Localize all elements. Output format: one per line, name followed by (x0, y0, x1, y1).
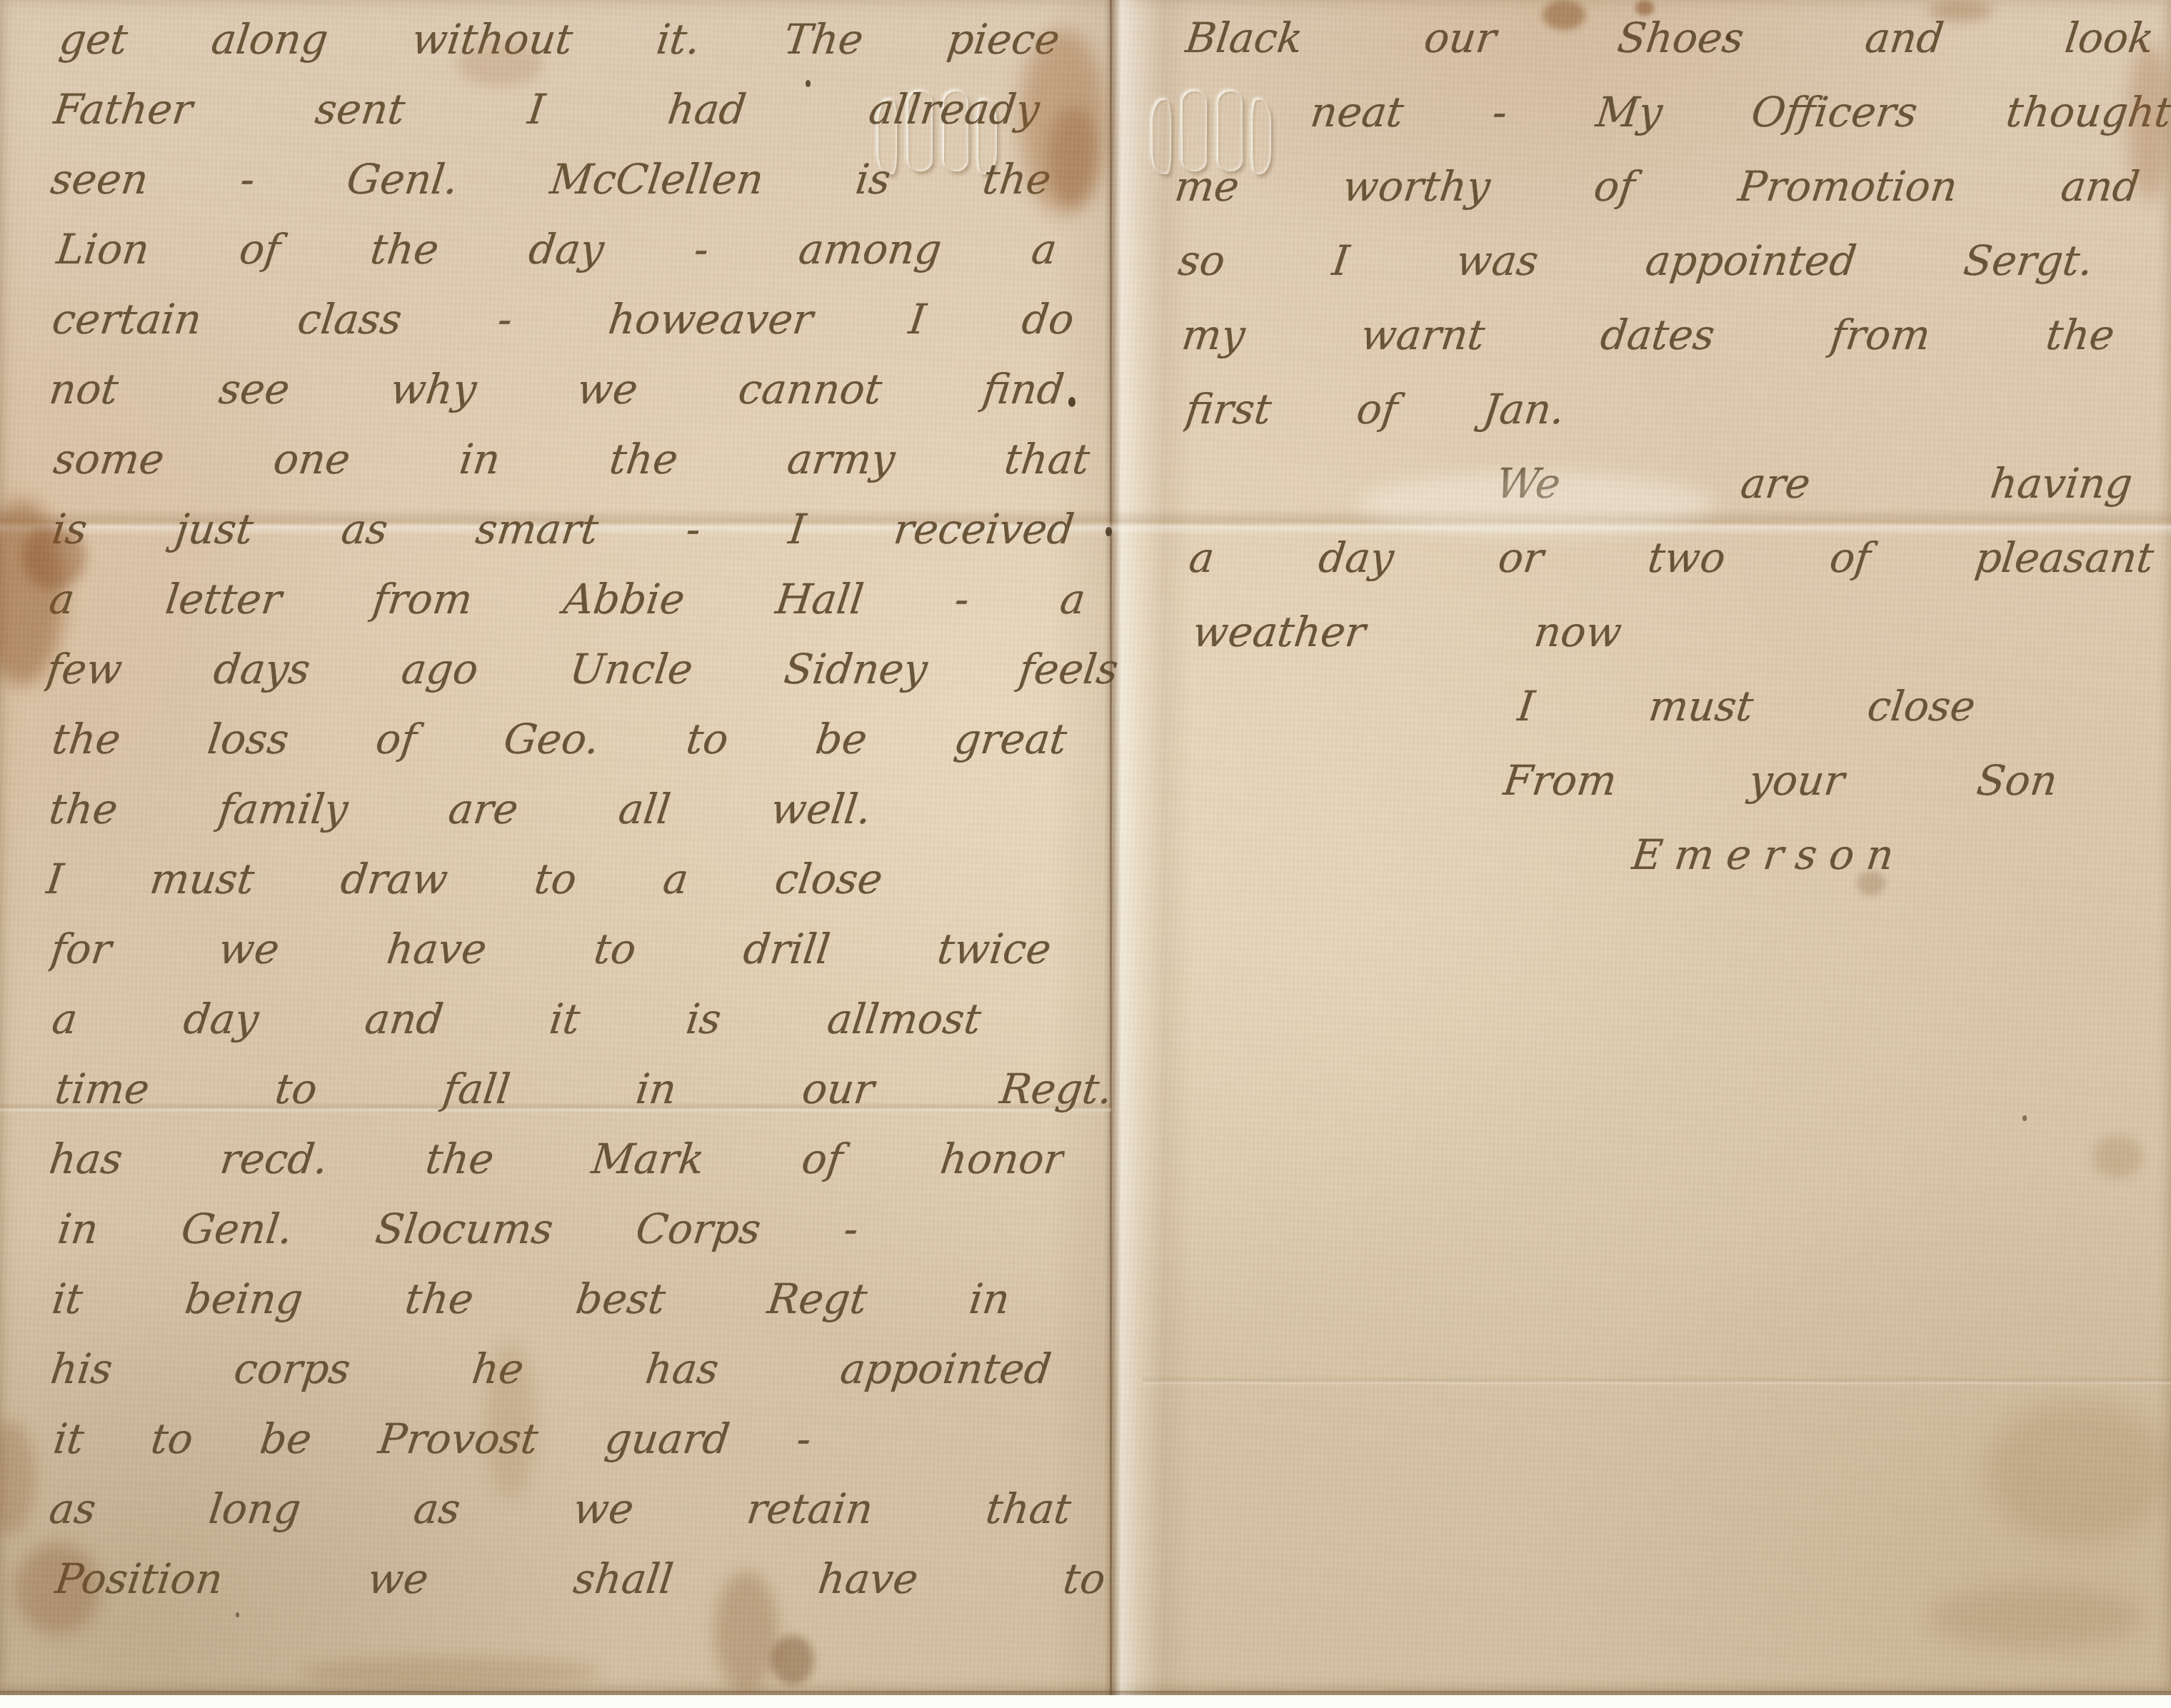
handwritten-line: some one in the army that (50, 438, 1092, 491)
handwritten-line: Emerson (1628, 834, 2056, 887)
handwritten-line: get along without it. The piece (56, 19, 1062, 71)
handwritten-line: neat - My Officers thought (1307, 91, 2171, 144)
handwritten-line: Father sent I had allready (50, 89, 1042, 141)
handwritten-line: a day and it is allmost (49, 998, 983, 1051)
scanner-background (0, 1695, 2171, 1708)
handwritten-line: few days ago Uncle Sidney feels (43, 648, 1120, 701)
handwritten-line: Black our Shoes and look (1182, 17, 2156, 70)
letter-paper: get along without it. The pieceFather se… (0, 0, 2171, 1695)
ink-fleck (1105, 527, 1112, 536)
handwritten-line: his corps he has appointed (47, 1348, 1053, 1401)
seal-bracket-icon (1153, 100, 1171, 174)
letter-scan: get along without it. The pieceFather se… (0, 0, 2171, 1708)
right-page: Black our Shoes and lookneat - My Office… (1171, 0, 2171, 1708)
left-page: get along without it. The pieceFather se… (43, 0, 1100, 1708)
handwritten-line: so I was appointed Sergt. (1175, 240, 2095, 293)
handwritten-line: a letter from Abbie Hall - a (46, 578, 1088, 631)
handwritten-line: time to fall in our Regt. (51, 1068, 1115, 1121)
handwritten-line: first of Jan. (1182, 388, 1567, 441)
handwritten-line: the loss of Geo. to be great (49, 718, 1069, 771)
handwritten-line: my warnt dates from the (1178, 314, 2117, 367)
handwritten-line: it to be Provost guard - (50, 1418, 813, 1471)
handwritten-line: From your Son (1500, 760, 2060, 813)
handwritten-line: the family are all well. (46, 788, 873, 841)
handwritten-line: it being the best Regt in (49, 1278, 1012, 1331)
handwritten-line: is just as smart - I received (49, 508, 1076, 561)
handwritten-line: certain class - howeaver I do (49, 298, 1076, 351)
handwritten-line: in Genl. Slocums Corps - (54, 1208, 861, 1261)
handwritten-line: has recd. the Mark of honor (46, 1138, 1066, 1191)
handwritten-line: I must draw to a close (43, 858, 885, 911)
handwritten-line: as long as we retain that (46, 1488, 1073, 1541)
handwritten-line: Position we shall have to (51, 1558, 1108, 1611)
handwritten-line: I must close (1514, 685, 1977, 738)
handwritten-line: Lion of the day - among a (53, 228, 1059, 281)
handwritten-line: weather now (1189, 611, 1624, 664)
handwritten-line: seen - Genl. McClellen is the (47, 159, 1053, 211)
vertical-fold-line (1110, 0, 1112, 1695)
paper-stain (0, 1421, 36, 1535)
handwritten-line: me worthy of Promotion and (1171, 166, 2142, 218)
handwritten-line: a day or two of pleasant (1185, 537, 2156, 590)
handwritten-line: not see why we cannot find (46, 368, 1066, 421)
handwritten-line: We are having (1493, 463, 2135, 516)
handwritten-line: for we have to drill twice (47, 928, 1053, 981)
